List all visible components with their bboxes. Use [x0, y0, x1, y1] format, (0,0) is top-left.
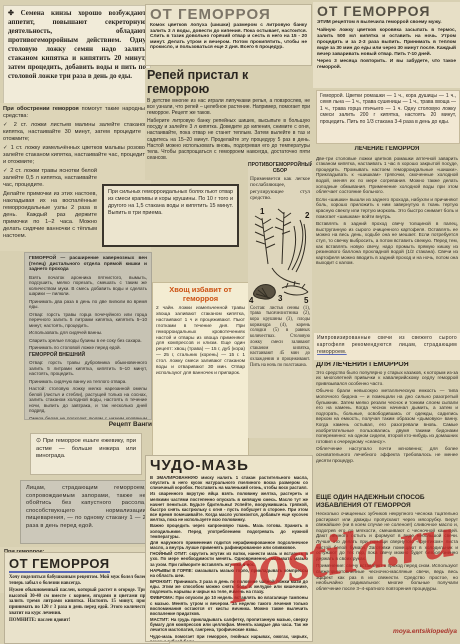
box-chamomile-herbal-mix: Геморрой. Цветки ромашки — 1 ч., кора ду…: [316, 90, 460, 144]
article-hemorrhoid-treatment: ЛЕЧЕНИЕ ГЕМОРРОЯ Две-три столовые ложки …: [314, 146, 460, 332]
paragraph: Несколько очищенных зубчиков некрупного …: [316, 511, 458, 561]
section-title: ЛЕЧЕНИЕ ГЕМОРРОЯ: [316, 147, 458, 153]
paragraph: НАРЫВЫ В ГОРЛЕ: смазывать мазью горло, п…: [150, 568, 308, 578]
paragraph: Обычно брали невысокую металлическую емк…: [316, 388, 458, 444]
paragraph: При сильных геморроидальных болях пьют о…: [108, 189, 233, 217]
svg-text:5: 5: [304, 296, 309, 304]
paragraph: Это средство было популярно у старых каз…: [316, 370, 458, 387]
column-antihemorrhoid-herbal-mix: ПРОТИВОГЕМОРРОЙНЫЙ СБОР Применяется как …: [248, 160, 312, 438]
section-title: ЕЩЕ ОДИН НАДЕЖНЫЙ СПОСОБ ИЗБАВЛЕНИЯ ОТ Г…: [316, 494, 458, 509]
svg-text:4: 4: [249, 296, 254, 304]
clipping-coriander-seeds: ✤ Семена кинзы хорошо возбуждают аппетит…: [3, 5, 151, 104]
article-miracle-ointment: ЧУДО-МАЗЬ В ЭМАЛИРОВАННУЮ миску налить 1…: [145, 455, 313, 642]
paragraph: Чайную ложку цветков коровяка засыпать в…: [317, 28, 456, 58]
paragraph: Хочу поделиться бабушкиным рецептом. Мой…: [9, 575, 165, 586]
paragraph: Принимать два раза в день по две пилюли …: [29, 299, 147, 310]
note-text: Импровизированные свечи из свежего сырог…: [317, 335, 457, 348]
list-item: ✓ 2 ст. ложки травы яснотки белой залейт…: [3, 168, 97, 189]
svg-text:1: 1: [260, 207, 265, 216]
paragraph: Если «шишки» вышли из заднего прохода, н…: [316, 197, 458, 219]
newspaper-page-scan: { "page": { "watermark": "postila.ru", "…: [0, 0, 460, 644]
paragraph: Лицам, страдающим геморроем, сопровождае…: [26, 485, 146, 531]
article-headline: Репей пристал к геморрою: [147, 68, 310, 96]
paragraph: Взять початок аронника пятнистого, вымыт…: [29, 275, 147, 297]
credit-text: moya.entsiklopediya: [393, 628, 457, 635]
paragraph: Комок цветков лопуха (шишки) размером с …: [150, 23, 307, 51]
paragraph: Настой: столовую ложку мелко нарезанной …: [29, 386, 147, 414]
paragraph: Применение: свечу вставляют в проход пер…: [316, 563, 458, 591]
paragraph: Отвар: горсть травы горца почечуйного ил…: [29, 312, 147, 329]
paragraph: БРОНХИТ: Принимать 3 раза в день по поло…: [150, 579, 308, 594]
warning-text: ПОМНИТЕ: паслен ядовит!: [9, 618, 165, 624]
paragraph: Применяется как легкое послабляющее, рег…: [248, 176, 312, 202]
paragraph: Делайте примочки из этих настоев, наклад…: [3, 191, 97, 240]
paragraph: Омела белая не подходит людям с низким к…: [29, 416, 147, 421]
paragraph: ГНОЙНЫЙ ОТИТ: скрутить жгутик из ватки, …: [150, 551, 308, 566]
paragraph: ⊙ При геморрое ешьте ежевику, при астме …: [36, 438, 136, 461]
paragraph: Для наружного применения годится нерафин…: [150, 540, 308, 550]
herbs-illustration: 1 2 3 4 5: [248, 204, 312, 304]
paragraph: МАСТИТ: На грудь прикладывать салфетку, …: [150, 617, 308, 632]
paragraph: Принимать по столовой ложке перед едой.: [29, 345, 147, 351]
paragraph: Через 3 месяца повторить. И вы забудете,…: [317, 59, 456, 71]
paragraph: ✤ Семена кинзы хорошо возбуждают аппетит…: [8, 9, 146, 81]
article-headline: ОТ ГЕМОРРОЯ: [317, 4, 456, 19]
article-cossack-smoke-bath: ДЛЯ ЛЕЧЕНИЯ ГЕМОРРОЯ Это средство было п…: [314, 362, 460, 493]
paragraph: Принимать сидячую ванну из теплого отвар…: [29, 379, 147, 385]
article-garlic-butter-suppository: ЕЩЕ ОДИН НАДЕЖНЫЙ СПОСОБ ИЗБАВЛЕНИЯ ОТ Г…: [314, 494, 460, 634]
section-title: При обострении геморроя: [3, 106, 79, 112]
paragraph: Чудо-мазь помогает при геморрое, гнойных…: [150, 634, 308, 642]
svg-text:2: 2: [305, 211, 310, 220]
box-nettle-buckthorn-recipe: При сильных геморроидальных болях пьют о…: [102, 184, 239, 247]
paragraph: Состав: листья сенны (1), трава тысячели…: [248, 306, 312, 369]
paragraph: Из сваренного вкрутую яйца взять половин…: [150, 491, 308, 522]
subsection-title: ГЕМОРРОЙ ВНЕШНИЙ: [29, 353, 147, 359]
paragraph: Вставлять в задний проход свечу толщиной…: [316, 221, 458, 266]
paragraph: ФИБРОМА: При опухоли до 10 недель вставл…: [150, 595, 308, 616]
paragraph: Использовать для сидячей ванны.: [29, 330, 147, 336]
section-title: Хвощ избавит от геморроя: [156, 286, 245, 303]
paragraph: ЭТИМ рецептом я вылечила геморрой своему…: [317, 20, 456, 26]
box-cabbage-brine-tip: Лицам, страдающим геморроем, сопровождае…: [20, 480, 152, 544]
list-item: ✓ 1 ст. ложку измельчённых цветков мальв…: [3, 145, 148, 166]
paragraph: Отвар: горсть травы дубровника обыкновен…: [29, 360, 147, 377]
svg-text:3: 3: [278, 294, 283, 303]
paragraph: Импровизированные свечи из свежего сырог…: [317, 335, 457, 355]
paragraph: Наберите литровую банку репейных шишек, …: [147, 118, 310, 161]
section-title: ПРОТИВОГЕМОРРОЙНЫЙ СБОР: [248, 162, 312, 174]
paragraph: В детстве многие из нас играли липучками…: [147, 98, 310, 116]
article-headline: ЧУДО-МАЗЬ: [150, 458, 308, 474]
paragraph: Геморрой. Цветки ромашки — 1 ч., кора ду…: [320, 93, 456, 125]
article-headline: ОТ ГЕМОРРОЯ: [150, 7, 307, 23]
box-potato-suppository-note: Импровизированные свечи из свежего сырог…: [314, 333, 460, 360]
signature-vanga-recipe: Рецепт Ванги: [24, 421, 152, 428]
list-item: ✓ 2 ст. ложки листьев малины залейте ста…: [3, 122, 148, 143]
clipping-burdock-flowers-recipe: ОТ ГЕМОРРОЯ Комок цветков лопуха (шишки)…: [145, 4, 312, 66]
article-headline: ОТ ГЕМОРРОЯ: [9, 557, 110, 573]
paragraph: Облегчение наступало почти мгновенно; дл…: [316, 446, 458, 463]
underlined-word: геморроем.: [317, 349, 347, 355]
section-intro: При обострении геморроя помогут такие на…: [3, 106, 148, 120]
box-hemorrhoid-definition: ГЕМОРРОЙ — расширение кавернозных вен (т…: [24, 252, 152, 420]
section-title: ГЕМОРРОЙ — расширение кавернозных вен (т…: [29, 256, 147, 273]
paragraph: В ЭМАЛИРОВАННУЮ миску налить 1 стакан ра…: [150, 475, 308, 490]
box-blackberry-tip: ⊙ При геморрое ешьте ежевику, при астме …: [30, 433, 142, 475]
clipping-mullein-recipe: ОТ ГЕМОРРОЯ ЭТИМ рецептом я вылечила гем…: [313, 2, 460, 88]
paragraph: Сварить зрелые плоды бузины в ее соку бе…: [29, 338, 147, 344]
paragraph: Важно процедить через капроновую ткань. …: [150, 523, 308, 538]
paragraph: Две-три столовые ложки цветков ромашки а…: [316, 156, 458, 195]
paragraph: 2 чайн. ложки измельченной травы хвоща з…: [156, 306, 245, 377]
paragraph: Нужен обыкновенный паслен, который расте…: [9, 588, 165, 616]
box-horsetail-remedy: Хвощ избавит от геморроя 2 чайн. ложки и…: [152, 282, 249, 464]
section-title: ДЛЯ ЛЕЧЕНИЯ ГЕМОРРОЯ: [316, 362, 458, 368]
